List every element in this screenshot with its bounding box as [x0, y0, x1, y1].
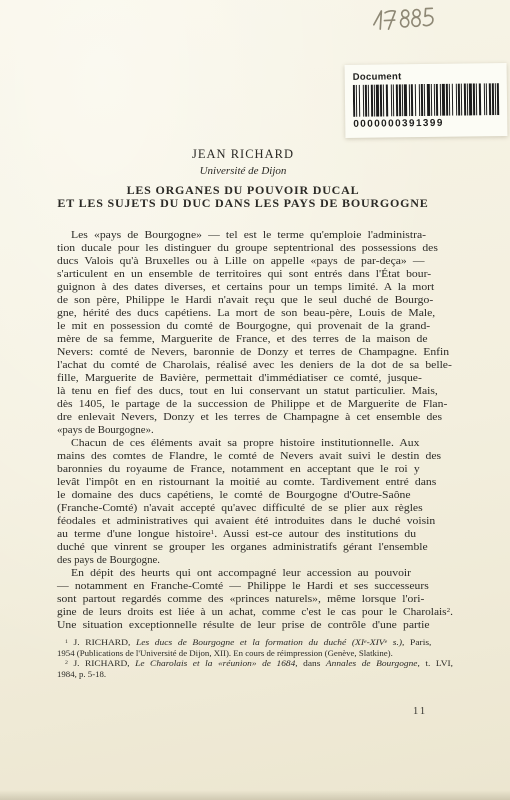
article-title-line2: ET LES SUJETS DU DUC DANS LES PAYS DE BO…	[33, 197, 453, 210]
handwriting-strokes-icon	[370, 3, 439, 35]
author-affiliation: Université de Dijon	[33, 165, 453, 177]
article-title: LES ORGANES DU POUVOIR DUCAL ET LES SUJE…	[33, 184, 453, 210]
text-line: s'articulent en un ensemble de territoir…	[57, 268, 453, 281]
text-line: mère de sa femme, Marguerite de France, …	[57, 333, 453, 346]
text-line: Nevers: comté de Nevers, baronnie de Don…	[57, 346, 453, 359]
paragraph: 1 J. RICHARD, Les ducs de Bourgogne et l…	[57, 637, 453, 658]
author-name: JEAN RICHARD	[33, 148, 453, 161]
paragraph: Chacun de ces éléments avait sa propre h…	[57, 437, 453, 567]
barcode-sticker: Document 0000000391399	[345, 63, 508, 138]
footnotes: 1 J. RICHARD, Les ducs de Bourgogne et l…	[57, 637, 453, 679]
text-line: gne, hérité des ducs capétiens. La mort …	[57, 307, 453, 320]
text-line: ducs Valois qu'à Bruxelles ou à Lille on…	[57, 255, 453, 268]
text-line: levât l'impôt en en ristournant la moiti…	[57, 476, 453, 489]
barcode-icon	[353, 83, 499, 117]
text-line: «pays de Bourgogne».	[57, 424, 453, 437]
barcode-label: Document	[353, 70, 499, 83]
body-text: Les «pays de Bourgogne» — tel est le ter…	[57, 229, 453, 632]
text-line: 2 J. RICHARD, Le Charolais et la «réunio…	[57, 658, 453, 669]
paragraph: Les «pays de Bourgogne» — tel est le ter…	[57, 229, 453, 437]
text-line: Les «pays de Bourgogne» — tel est le ter…	[57, 229, 453, 242]
barcode-number: 0000000391399	[353, 117, 499, 130]
text-line: là tenu en fief des ducs, tout en lui co…	[57, 385, 453, 398]
handwritten-number-value: 17885	[372, 35, 373, 36]
text-line: baronnies du royaume de France, notammen…	[57, 463, 453, 476]
text-line: dès 1405, le partage de la succession de…	[57, 398, 453, 411]
text-line: Une situation exceptionnelle résulte de …	[57, 619, 453, 632]
text-line: En dépit des heurts qui ont accompagné l…	[57, 567, 453, 580]
text-line: — notamment en Franche-Comté — Philippe …	[57, 580, 453, 593]
paragraph: En dépit des heurts qui ont accompagné l…	[57, 567, 453, 632]
text-line: le mit en possession du comté de Bourgog…	[57, 320, 453, 333]
text-line: gine de leurs droits est liée à un achat…	[57, 606, 453, 619]
text-line: au terme d'une longue histoire1. Aussi e…	[57, 528, 453, 541]
article-title-line1: LES ORGANES DU POUVOIR DUCAL	[33, 184, 453, 197]
paragraph: 2 J. RICHARD, Le Charolais et la «réunio…	[57, 658, 453, 679]
text-line: des pays de Bourgogne.	[57, 554, 453, 567]
text-line: mains des comtes de Flandre, le comté de…	[57, 450, 453, 463]
text-line: (Franche-Comté) n'avait accepté qu'avec …	[57, 502, 453, 515]
text-line: Chacun de ces éléments avait sa propre h…	[57, 437, 453, 450]
article-header: JEAN RICHARD Université de Dijon LES ORG…	[33, 148, 453, 210]
handwritten-annotation: 17885	[370, 3, 439, 35]
text-line: sont partout regardés comme des «princes…	[57, 593, 453, 606]
text-line: le domaine des ducs capétiens, le comté …	[57, 489, 453, 502]
text-line: 1 J. RICHARD, Les ducs de Bourgogne et l…	[57, 637, 453, 648]
text-line: l'achat du comté de Charolais, réalisé a…	[57, 359, 453, 372]
text-line: féodales et administratives qui avaient …	[57, 515, 453, 528]
text-line: de son père, Philippe le Hardi n'avait r…	[57, 294, 453, 307]
text-line: guignon à des dates diverses, et certain…	[57, 281, 453, 294]
text-line: dre enlevait Nevers, Donzy et les terres…	[57, 411, 453, 424]
scanned-page: 17885 Document 0000000391399 JEAN RICHAR…	[0, 0, 510, 800]
text-line: duché que vinrent se grouper les organes…	[57, 541, 453, 554]
text-line: tion ducale pour les distinguer du group…	[57, 242, 453, 255]
page-number: 11	[413, 706, 427, 717]
text-line: fille, Marguerite de Bavière, permettait…	[57, 372, 453, 385]
